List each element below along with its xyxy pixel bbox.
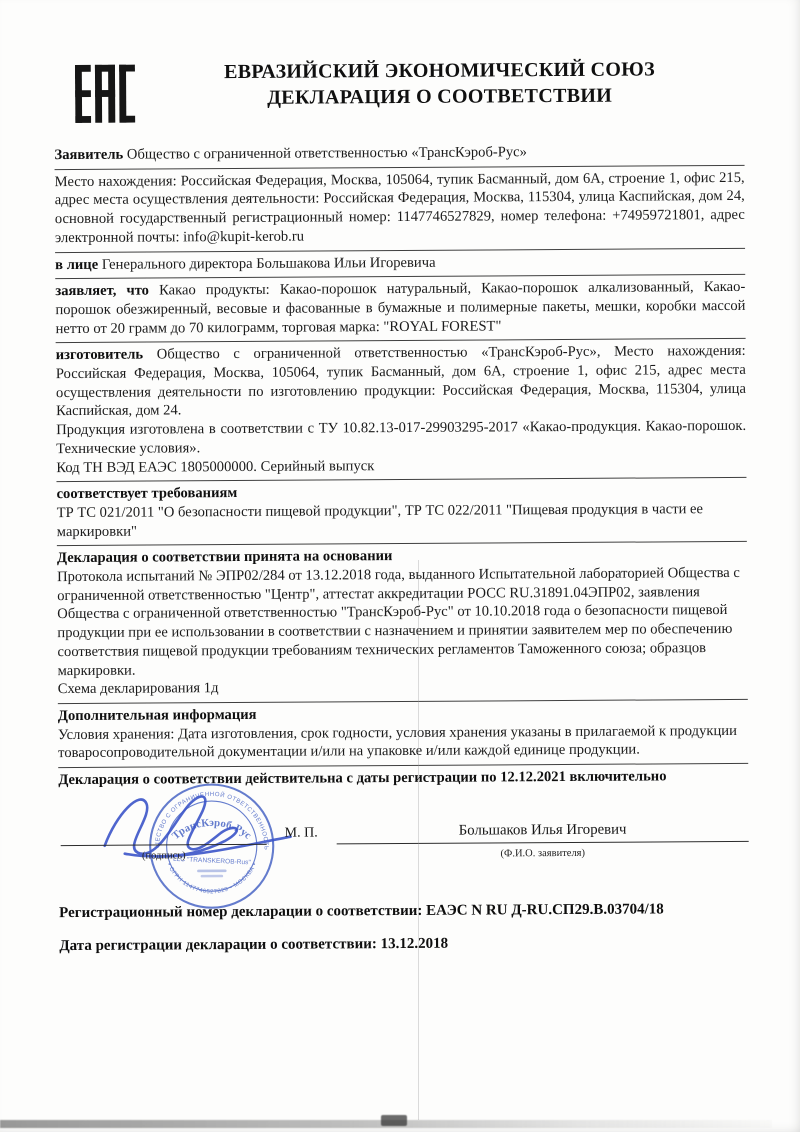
section-address: Место нахождения: Российская Федерация, …	[55, 166, 745, 253]
registration-number-value: ЕАЭС N RU Д-RU.СП29.В.03704/18	[426, 901, 664, 918]
section-declares: заявляет, что Какао продукты: Какао-поро…	[55, 275, 745, 343]
section-represented-by: в лице Генерального директора Большакова…	[55, 248, 745, 279]
declaration-document: ЕВРАЗИЙСКИЙ ЭКОНОМИЧЕСКИЙ СОЮЗ ДЕКЛАРАЦИ…	[54, 44, 750, 955]
eac-logo-icon	[75, 61, 135, 127]
applicant-label: Заявитель	[54, 147, 123, 163]
address-text: Место нахождения: Российская Федерация, …	[55, 170, 745, 246]
basis-text: Протокола испытаний № ЭПР02/284 от 13.12…	[57, 564, 748, 680]
document-header: ЕВРАЗИЙСКИЙ ЭКОНОМИЧЕСКИЙ СОЮЗ ДЕКЛАРАЦИ…	[54, 44, 744, 127]
signature-caption: (подпись)	[61, 847, 267, 867]
stamp-place-label: М. П.	[285, 824, 318, 843]
complies-text: ТР ТС 021/2011 "О безопасности пищевой п…	[57, 500, 747, 542]
manufacturer-paragraph: изготовитель Общество с ограниченной отв…	[56, 342, 746, 421]
applicant-text: Общество с ограниченной ответственностью…	[127, 144, 527, 162]
registration-date-value: 13.12.2018	[381, 935, 449, 951]
document-title: ЕВРАЗИЙСКИЙ ЭКОНОМИЧЕСКИЙ СОЮЗ ДЕКЛАРАЦИ…	[135, 44, 744, 112]
manufacturer-label: изготовитель	[56, 347, 144, 364]
registration-date-label: Дата регистрации декларации о соответств…	[59, 936, 377, 954]
section-manufacturer: изготовитель Общество с ограниченной отв…	[56, 339, 747, 482]
registration-date-line: Дата регистрации декларации о соответств…	[59, 932, 749, 955]
name-caption: (Ф.И.О. заявителя)	[337, 844, 749, 865]
declaration-scheme: Схема декларирования 1д	[58, 676, 748, 699]
additional-info-text: Условия хранения: Дата изготовления, сро…	[58, 722, 748, 764]
declares-text: Какао продукты: Какао-порошок натуральны…	[55, 279, 745, 337]
section-complies: соответствует требованиям ТР ТС 021/2011…	[56, 478, 746, 546]
signature-area: ОБЩЕСТВО С ОГРАНИЧЕННОЙ ОТВЕТСТВЕННОСТЬЮ…	[58, 794, 749, 894]
represented-by-text: Генерального директора Большакова Ильи И…	[102, 254, 436, 272]
applicant-full-name: Большаков Илья Игоревич	[337, 820, 749, 841]
section-basis: Декларация о соответствии принята на осн…	[57, 542, 748, 704]
tnved-code-paragraph: Код ТН ВЭД ЕАЭС 1805000000. Серийный вып…	[56, 454, 746, 477]
production-standard-paragraph: Продукция изготовлена в соответствии с Т…	[56, 417, 746, 459]
scanned-declaration-page: ЕВРАЗИЙСКИЙ ЭКОНОМИЧЕСКИЙ СОЮЗ ДЕКЛАРАЦИ…	[0, 0, 800, 1132]
manufacturer-text: Общество с ограниченной ответственностью…	[56, 343, 746, 419]
scan-tilt-wrapper: ЕВРАЗИЙСКИЙ ЭКОНОМИЧЕСКИЙ СОЮЗ ДЕКЛАРАЦИ…	[0, 0, 800, 1132]
scan-artifact-vertical-line	[418, 560, 419, 1120]
declares-label: заявляет, что	[55, 283, 149, 300]
scan-artifact-smudge	[381, 1115, 407, 1126]
represented-by-label: в лице	[55, 256, 98, 272]
title-line-2: ДЕКЛАРАЦИЯ О СООТВЕТСТВИИ	[135, 82, 744, 112]
title-line-1: ЕВРАЗИЙСКИЙ ЭКОНОМИЧЕСКИЙ СОЮЗ	[135, 56, 744, 86]
section-additional-info: Дополнительная информация Условия хранен…	[58, 700, 748, 768]
section-applicant: Заявитель Общество с ограниченной ответс…	[54, 139, 744, 170]
